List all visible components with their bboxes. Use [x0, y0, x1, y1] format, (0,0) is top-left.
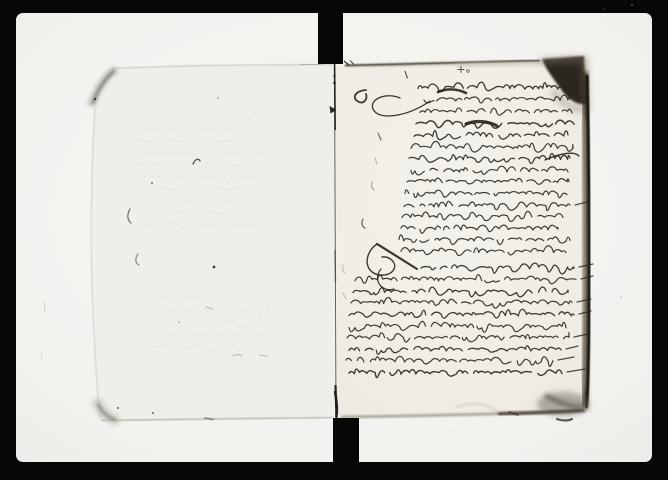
- scan-stage: [0, 0, 668, 480]
- left-page-verso: [93, 65, 334, 422]
- bottom-gap-bar: [333, 418, 359, 468]
- top-gap-bar: [318, 0, 343, 64]
- manuscript-scan: Open archival register: blank verso page…: [0, 0, 668, 480]
